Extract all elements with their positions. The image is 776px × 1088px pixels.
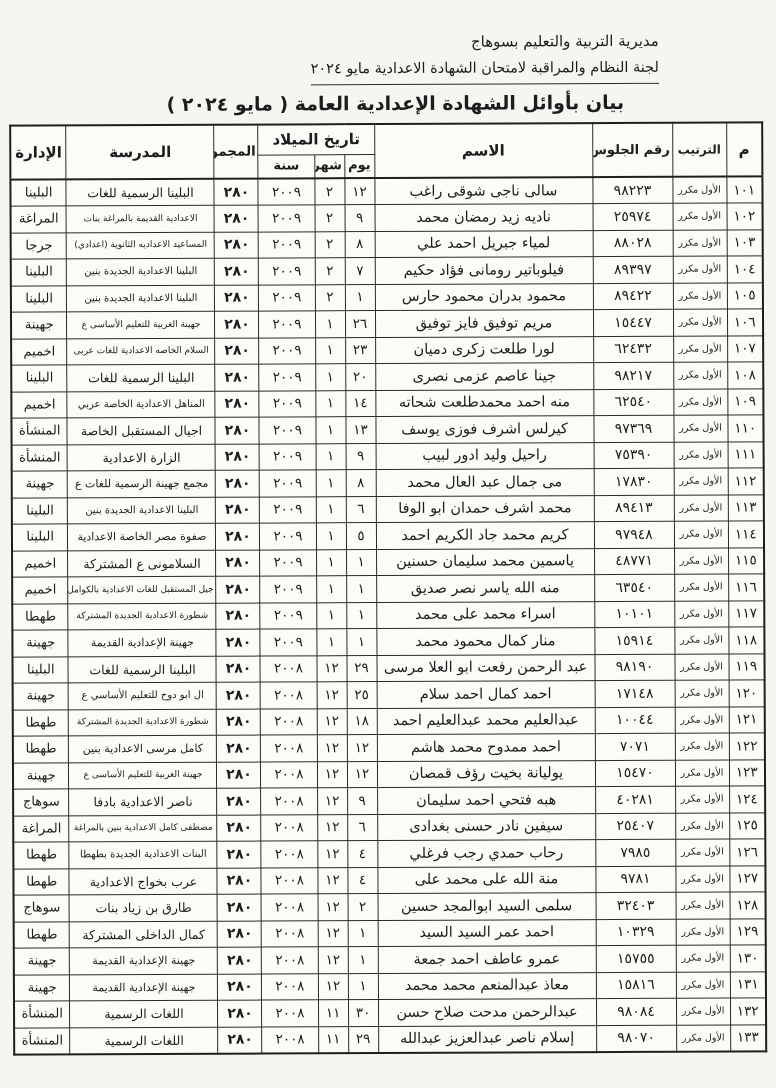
- cell-year: ٢٠٠٨: [262, 894, 318, 921]
- cell-rank: الأول مكرر: [673, 389, 727, 416]
- cell-school: المساعيد الاعداديه الثانوية (اعدادي): [67, 232, 215, 259]
- cell-num: ١١٧: [728, 600, 764, 627]
- table-row: ١٠٧الأول مكرر٦٢٤٣٢لورا طلعت زكرى دميان٢٣…: [11, 336, 763, 366]
- cell-year: ٢٠٠٨: [261, 814, 317, 841]
- cell-num: ١١٩: [728, 653, 764, 680]
- cell-year: ٢٠٠٩: [259, 337, 315, 364]
- cell-year: ٢٠٠٩: [259, 417, 315, 444]
- cell-school: جهينة الغربية للتعليم الأساسى ع: [67, 311, 215, 338]
- cell-school: جهينة الإعدادية القديمة: [70, 947, 218, 974]
- cell-seat: ١٥٨١٦: [596, 972, 676, 999]
- cell-rank: الأول مكرر: [673, 415, 727, 442]
- cell-district: طهطا: [13, 736, 69, 763]
- cell-seat: ٩٧٨١: [595, 866, 675, 893]
- cell-district: المنشأة: [14, 1001, 70, 1028]
- cell-name: لورا طلعت زكرى دميان: [375, 336, 593, 363]
- table-row: ١٠٨الأول مكرر٩٨٢١٧جينا عاصم عزمى نصرى٢٠١…: [11, 362, 763, 392]
- table-row: ١١٨الأول مكرر١٥٩١٤منار كمال محمود محمد١١…: [12, 627, 764, 657]
- cell-seat: ٩٨٠٧٠: [596, 1025, 676, 1052]
- cell-rank: الأول مكرر: [675, 680, 729, 707]
- cell-year: ٢٠٠٩: [260, 549, 316, 576]
- cell-year: ٢٠٠٨: [261, 788, 317, 815]
- cell-district: طهطا: [12, 604, 68, 631]
- table-row: ١١٤الأول مكرر٩٧٩٤٨كريم محمد جاد الكريم ا…: [12, 521, 764, 551]
- cell-rank: الأول مكرر: [676, 972, 730, 999]
- cell-day: ٥: [346, 523, 376, 550]
- cell-num: ١٢٩: [730, 918, 766, 945]
- cell-district: جهينة: [13, 763, 69, 790]
- cell-school: ال ابو دوح للتعليم الأساسي ع: [69, 682, 217, 709]
- cell-day: ١٢: [347, 761, 377, 788]
- table-row: ١٢١الأول مكرر١٠٠٤٤عبدالعليم محمد عبدالعل…: [13, 706, 765, 736]
- cell-district: طهطا: [13, 869, 69, 896]
- cell-year: ٢٠٠٩: [259, 311, 315, 338]
- cell-name: منة الله على محمد على: [377, 866, 595, 893]
- cell-num: ١٠١: [726, 177, 762, 204]
- col-header-name: الاسم: [374, 123, 592, 178]
- cell-seat: ١٥٤٤٧: [593, 309, 673, 336]
- cell-district: البلينا: [11, 365, 67, 392]
- cell-total: ٢٨٠: [216, 656, 260, 683]
- cell-year: ٢٠٠٨: [262, 1026, 318, 1053]
- cell-school: اللغات الرسمية: [70, 1000, 218, 1027]
- document-title: بيان بأوائل الشهادة الإعدادية العامة ( م…: [0, 83, 774, 122]
- cell-month: ١: [316, 576, 346, 603]
- cell-year: ٢٠٠٩: [259, 231, 315, 258]
- cell-day: ٢: [348, 894, 378, 921]
- cell-name: محمد اشرف حمدان ابو الوفا: [376, 495, 594, 522]
- cell-seat: ٧٠٧١: [595, 733, 675, 760]
- cell-day: ١: [348, 920, 378, 947]
- cell-rank: الأول مكرر: [675, 786, 729, 813]
- cell-month: ١٢: [317, 867, 347, 894]
- cell-school: اجيال المستقبل الخاصة: [67, 417, 215, 444]
- cell-district: طهطا: [14, 922, 70, 949]
- cell-school: جهينة الإعدادية القديمة: [68, 629, 216, 656]
- cell-month: ١٢: [317, 761, 347, 788]
- cell-num: ١٢٦: [729, 839, 765, 866]
- cell-num: ١٣١: [730, 971, 766, 998]
- cell-total: ٢٨٠: [215, 232, 259, 259]
- cell-total: ٢٨٠: [217, 841, 261, 868]
- cell-district: المراغة: [13, 816, 69, 843]
- table-row: ١٣٢الأول مكرر٩٨٠٨٤عبدالرحمن مدحت صلاح حس…: [14, 998, 766, 1028]
- cell-district: جهينة: [11, 312, 67, 339]
- cell-month: ١٢: [318, 920, 348, 947]
- col-header-day: يوم: [344, 154, 374, 178]
- committee-name: لجنة النظام والمراقبة لامتحان الشهادة ال…: [311, 55, 659, 85]
- cell-year: ٢٠٠٨: [262, 973, 318, 1000]
- cell-name: اسراء محمد على محمد: [376, 601, 594, 628]
- cell-day: ٩: [345, 205, 375, 232]
- cell-name: محمود بدران محمود حارس: [375, 283, 593, 310]
- cell-district: جهينة: [13, 683, 69, 710]
- cell-rank: الأول مكرر: [673, 362, 727, 389]
- cell-day: ٦: [347, 814, 377, 841]
- cell-month: ١٢: [317, 788, 347, 815]
- cell-num: ١١٣: [728, 495, 764, 522]
- col-header-seat: رقم الجلوس: [592, 123, 672, 177]
- cell-year: ٢٠٠٨: [261, 761, 317, 788]
- table-row: ١٠٣الأول مكرر٨٨٠٢٨لمياء جبريل احمد علي٨٢…: [11, 230, 763, 260]
- cell-num: ١١٤: [728, 521, 764, 548]
- cell-total: ٢٨٠: [218, 1027, 262, 1054]
- cell-day: ٤: [347, 841, 377, 868]
- cell-seat: ٢٥٤٠٧: [595, 813, 675, 840]
- cell-name: احمد عمر السيد السيد: [378, 919, 596, 946]
- cell-seat: ١٠٠٤٤: [595, 707, 675, 734]
- cell-district: جهينة: [14, 948, 70, 975]
- cell-num: ١٢٥: [729, 812, 765, 839]
- cell-month: ١٢: [318, 973, 348, 1000]
- cell-month: ١٢: [317, 682, 347, 709]
- cell-seat: ٨٩٤١٣: [594, 495, 674, 522]
- cell-month: ١: [316, 523, 346, 550]
- cell-month: ٢: [315, 284, 345, 311]
- cell-day: ١٨: [347, 708, 377, 735]
- cell-rank: الأول مكرر: [673, 256, 727, 283]
- cell-school: البلينا الرسمية للغات: [68, 656, 216, 683]
- cell-district: البلينا: [11, 259, 67, 286]
- table-row: ١١٦الأول مكرر٦٣٥٤٠منه الله ياسر نصر صديق…: [12, 574, 764, 604]
- cell-name: سالى ناجى شوقى راغب: [374, 177, 592, 204]
- cell-seat: ٩٨٠٨٤: [596, 998, 676, 1025]
- cell-seat: ٩٨٢٢٣: [592, 177, 672, 204]
- cell-rank: الأول مكرر: [674, 574, 728, 601]
- table-row: ١٠٤الأول مكرر٨٩٣٩٧فيلوباتير رومانى فؤاد …: [11, 256, 763, 286]
- cell-num: ١٠٢: [727, 203, 763, 230]
- cell-year: ٢٠٠٩: [260, 576, 316, 603]
- cell-seat: ١٥٤٧٠: [595, 760, 675, 787]
- cell-seat: ٩٧٩٤٨: [594, 521, 674, 548]
- cell-name: كريم محمد جاد الكريم احمد: [376, 522, 594, 549]
- cell-num: ١٢١: [729, 706, 765, 733]
- cell-seat: ٣٢٤٠٣: [596, 892, 676, 919]
- cell-district: اخميم: [12, 551, 68, 578]
- cell-district: المنشأة: [12, 445, 68, 472]
- cell-year: ٢٠٠٩: [259, 205, 315, 232]
- cell-school: السلام الخاصه الاعدادية للغات عربى: [67, 338, 215, 365]
- cell-rank: الأول مكرر: [675, 707, 729, 734]
- document-header: مديرية التربية والتعليم بسوهاج لجنة النظ…: [0, 0, 774, 87]
- cell-rank: الأول مكرر: [674, 601, 728, 628]
- table-row: ١٢٥الأول مكرر٢٥٤٠٧سيفين نادر حسنى بغدادى…: [13, 812, 765, 842]
- cell-seat: ١٥٧٥٥: [596, 945, 676, 972]
- cell-month: ١: [315, 337, 345, 364]
- cell-total: ٢٨٠: [216, 629, 260, 656]
- cell-school: عرب بخواج الاعدادية: [69, 868, 217, 895]
- cell-seat: ٩٨١٩٠: [594, 654, 674, 681]
- cell-num: ١٢٨: [730, 892, 766, 919]
- cell-school: البنات الاعدادية الجديدة بطهطا: [69, 841, 217, 868]
- cell-month: ١٢: [318, 947, 348, 974]
- col-header-birthdate: تاريخ الميلاد: [258, 124, 374, 155]
- cell-day: ٣٠: [348, 1000, 378, 1027]
- cell-num: ١٢٤: [729, 786, 765, 813]
- cell-district: جهينة: [12, 471, 68, 498]
- cell-month: ٢: [315, 231, 345, 258]
- table-row: ١٠٢الأول مكرر٢٥٩٧٤ناديه زيد رمضان محمد٩٢…: [11, 203, 763, 233]
- cell-district: طهطا: [13, 710, 69, 737]
- cell-month: ١: [315, 364, 345, 391]
- cell-district: طهطا: [13, 842, 69, 869]
- cell-num: ١٠٤: [727, 256, 763, 283]
- table-header: م الترتيب رقم الجلوس الاسم تاريخ الميلاد…: [10, 123, 762, 180]
- cell-month: ١: [316, 602, 346, 629]
- cell-seat: ٦٢٤٣٢: [593, 336, 673, 363]
- table-row: ١١٠الأول مكرر٩٧٣٦٩كيرلس اشرف فوزى يوسف١٣…: [11, 415, 763, 445]
- cell-day: ٢٩: [347, 655, 377, 682]
- cell-year: ٢٠٠٨: [262, 947, 318, 974]
- cell-day: ١: [348, 973, 378, 1000]
- cell-month: ١٢: [317, 841, 347, 868]
- cell-num: ١١٥: [728, 547, 764, 574]
- cell-school: البلينا الرسمية للغات: [67, 364, 215, 391]
- cell-num: ١٠٩: [727, 389, 763, 416]
- cell-year: ٢٠٠٩: [259, 390, 315, 417]
- cell-day: ٩: [347, 788, 377, 815]
- scanned-document-page: مديرية التربية والتعليم بسوهاج لجنة النظ…: [0, 0, 776, 1088]
- cell-total: ٢٨٠: [216, 523, 260, 550]
- table-row: ١٠٥الأول مكرر٨٩٤٢٢محمود بدران محمود حارس…: [11, 283, 763, 313]
- table-row: ١١٢الأول مكرر١٧٨٣٠مى جمال عبد العال محمد…: [12, 468, 764, 498]
- cell-seat: ٤٨٧٧١: [594, 548, 674, 575]
- table-row: ١٢٦الأول مكرر٧٩٨٥رحاب حمدي رجب فرغلي٤١٢٢…: [13, 839, 765, 869]
- table-row: ١١٩الأول مكرر٩٨١٩٠عبد الرحمن رفعت ابو ال…: [12, 653, 764, 683]
- col-header-num: م: [726, 123, 762, 177]
- cell-day: ٨: [345, 231, 375, 258]
- cell-name: راحيل وليد ادور لبيب: [376, 442, 594, 469]
- cell-day: ١: [346, 576, 376, 603]
- col-header-school: المدرسة: [66, 125, 214, 180]
- cell-seat: ٢٥٩٧٤: [593, 203, 673, 230]
- cell-num: ١٠٦: [727, 309, 763, 336]
- cell-day: ٢٩: [348, 1026, 378, 1053]
- cell-num: ١٢٠: [729, 680, 765, 707]
- cell-district: جهينة: [12, 630, 68, 657]
- cell-school: شطورة الاعدادية الجديدة المشتركة: [68, 603, 216, 630]
- cell-district: جرجا: [11, 233, 67, 260]
- col-header-district: الإدارة: [10, 126, 66, 180]
- cell-total: ٢٨٠: [217, 788, 261, 815]
- cell-school: الزارة الاعدادية: [68, 444, 216, 471]
- cell-name: فيلوباتير رومانى فؤاد حكيم: [375, 257, 593, 284]
- cell-num: ١٠٣: [727, 230, 763, 257]
- table-row: ١١٧الأول مكرر١٠١٠١اسراء محمد على محمد١١٢…: [12, 600, 764, 630]
- cell-district: المنشأة: [11, 418, 67, 445]
- cell-rank: الأول مكرر: [675, 733, 729, 760]
- cell-day: ٢٥: [347, 682, 377, 709]
- cell-num: ١٢٢: [729, 733, 765, 760]
- cell-total: ٢٨٠: [217, 815, 261, 842]
- cell-school: ناصر الاعدادية بادفا: [69, 788, 217, 815]
- col-header-rank: الترتيب: [672, 123, 726, 177]
- cell-day: ١٢: [347, 735, 377, 762]
- cell-month: ٢: [315, 258, 345, 285]
- cell-num: ١٠٨: [727, 362, 763, 389]
- cell-rank: الأول مكرر: [675, 813, 729, 840]
- cell-rank: الأول مكرر: [674, 627, 728, 654]
- cell-rank: الأول مكرر: [674, 548, 728, 575]
- cell-num: ١١٢: [728, 468, 764, 495]
- cell-total: ٢٨٠: [216, 470, 260, 497]
- cell-seat: ٨٨٠٢٨: [593, 230, 673, 257]
- cell-year: ٢٠٠٨: [261, 735, 317, 762]
- cell-name: يوليانة بخيت رؤف قمصان: [377, 760, 595, 787]
- cell-school: جيل المستقبل للغات الاعدادية بالكوامل: [68, 576, 216, 603]
- table-row: ١٠٩الأول مكرر٦٢٥٤٠منه احمد محمدطلعت شحات…: [11, 389, 763, 419]
- table-row: ١٠١الأول مكرر٩٨٢٢٣سالى ناجى شوقى راغب١٢٢…: [10, 177, 762, 207]
- cell-rank: الأول مكرر: [676, 945, 730, 972]
- cell-school: طارق بن زياد بنات: [70, 894, 218, 921]
- cell-seat: ٤٠٢٨١: [595, 786, 675, 813]
- cell-total: ٢٨٠: [218, 947, 262, 974]
- cell-month: ١: [315, 417, 345, 444]
- cell-rank: الأول مكرر: [673, 230, 727, 257]
- cell-month: ١٢: [318, 894, 348, 921]
- cell-year: ٢٠٠٩: [260, 523, 316, 550]
- top-students-table: م الترتيب رقم الجلوس الاسم تاريخ الميلاد…: [9, 121, 767, 1055]
- cell-year: ٢٠٠٩: [260, 602, 316, 629]
- cell-day: ٤: [347, 867, 377, 894]
- cell-seat: ٩٧٣٦٩: [593, 415, 673, 442]
- cell-district: المنشأة: [14, 1028, 70, 1055]
- cell-year: ٢٠٠٨: [261, 867, 317, 894]
- cell-day: ١: [348, 947, 378, 974]
- cell-seat: ٦٣٥٤٠: [594, 574, 674, 601]
- cell-day: ١: [346, 602, 376, 629]
- cell-district: اخميم: [12, 577, 68, 604]
- cell-rank: الأول مكرر: [676, 919, 730, 946]
- cell-total: ٢٨٠: [215, 364, 259, 391]
- cell-day: ٧: [345, 258, 375, 285]
- cell-month: ١٢: [317, 655, 347, 682]
- cell-total: ٢٨٠: [217, 709, 261, 736]
- table-row: ١٢٣الأول مكرر١٥٤٧٠يوليانة بخيت رؤف قمصان…: [13, 759, 765, 789]
- cell-seat: ٩٨٢١٧: [593, 362, 673, 389]
- cell-year: ٢٠٠٩: [260, 496, 316, 523]
- cell-num: ١١٨: [728, 627, 764, 654]
- cell-name: منار كمال محمود محمد: [376, 628, 594, 655]
- cell-month: ١١: [318, 1000, 348, 1027]
- cell-num: ١٠٥: [727, 283, 763, 310]
- cell-year: ٢٠٠٨: [261, 841, 317, 868]
- results-table-body: ١٠١الأول مكرر٩٨٢٢٣سالى ناجى شوقى راغب١٢٢…: [10, 177, 766, 1055]
- cell-seat: ٦٢٥٤٠: [593, 389, 673, 416]
- cell-num: ١٠٧: [727, 336, 763, 363]
- cell-day: ٦: [346, 496, 376, 523]
- cell-month: ١١: [318, 1026, 348, 1053]
- cell-day: ٢٦: [345, 311, 375, 338]
- cell-year: ٢٠٠٩: [260, 470, 316, 497]
- cell-district: سوهاج: [13, 789, 69, 816]
- cell-school: مصطفى كامل الاعدادية بنين بالمراغة: [69, 815, 217, 842]
- cell-num: ١٣٠: [730, 945, 766, 972]
- cell-total: ٢٨٠: [218, 1000, 262, 1027]
- cell-rank: الأول مكرر: [673, 283, 727, 310]
- table-row: ١٢٢الأول مكرر٧٠٧١احمد ممدوح محمد هاشم١٢١…: [13, 733, 765, 763]
- cell-rank: الأول مكرر: [674, 495, 728, 522]
- cell-day: ٩: [346, 443, 376, 470]
- cell-district: سوهاج: [14, 895, 70, 922]
- cell-total: ٢٨٠: [215, 338, 259, 365]
- cell-name: رحاب حمدي رجب فرغلي: [377, 840, 595, 867]
- directorate-name: مديرية التربية والتعليم بسوهاج: [0, 29, 659, 57]
- cell-school: جهينة الغربية للتعليم الأساسى ع: [69, 762, 217, 789]
- cell-num: ١٣٣: [730, 1024, 766, 1051]
- cell-year: ٢٠٠٨: [260, 655, 316, 682]
- cell-year: ٢٠٠٩: [259, 364, 315, 391]
- cell-total: ٢٨٠: [217, 735, 261, 762]
- cell-district: البلينا: [12, 524, 68, 551]
- cell-seat: ١٠١٠١: [594, 601, 674, 628]
- cell-rank: الأول مكرر: [676, 892, 730, 919]
- cell-school: كامل مرسى الاعدادية بنين: [69, 735, 217, 762]
- cell-school: صفوة مصر الخاصة الاعدادية: [68, 523, 216, 550]
- table-row: ١٢٤الأول مكرر٤٠٢٨١هبه فتحي احمد سليمان٩١…: [13, 786, 765, 816]
- cell-district: المراغة: [11, 206, 67, 233]
- cell-district: اخميم: [11, 392, 67, 419]
- cell-name: ياسمين محمد سليمان حسنين: [376, 548, 594, 575]
- cell-month: ١: [316, 496, 346, 523]
- cell-rank: الأول مكرر: [672, 177, 726, 204]
- cell-district: البلينا: [12, 657, 68, 684]
- cell-total: ٢٨٠: [218, 894, 262, 921]
- cell-district: البلينا: [11, 286, 67, 313]
- cell-rank: الأول مكرر: [674, 521, 728, 548]
- col-header-year: سنة: [258, 154, 314, 178]
- cell-name: احمد ممدوح محمد هاشم: [377, 734, 595, 761]
- cell-year: ٢٠٠٩: [259, 284, 315, 311]
- cell-seat: ٧٥٣٩٠: [594, 442, 674, 469]
- cell-school: الاعدادية القديمة بالمراغة بنات: [67, 205, 215, 232]
- cell-day: ٢٣: [345, 337, 375, 364]
- table-row: ١٣٠الأول مكرر١٥٧٥٥عمرو عاطف احمد جمعة١١٢…: [14, 945, 766, 975]
- cell-total: ٢٨٠: [218, 921, 262, 948]
- cell-name: عبدالعليم محمد عبدالعليم احمد: [377, 707, 595, 734]
- cell-month: ١٢: [317, 814, 347, 841]
- cell-rank: الأول مكرر: [676, 1025, 730, 1052]
- cell-year: ٢٠٠٩: [260, 629, 316, 656]
- table-row: ١١٥الأول مكرر٤٨٧٧١ياسمين محمد سليمان حسن…: [12, 547, 764, 577]
- cell-month: ٢: [315, 205, 345, 232]
- cell-total: ٢٨٠: [218, 974, 262, 1001]
- cell-total: ٢٨٠: [217, 762, 261, 789]
- cell-day: ٢٠: [345, 364, 375, 391]
- cell-year: ٢٠٠٩: [258, 178, 314, 205]
- cell-seat: ١٧٨٣٠: [594, 468, 674, 495]
- cell-school: مجمع جهينة الرسمية للغات ع: [68, 470, 216, 497]
- cell-school: جهينة الإعدادية القديمة: [70, 974, 218, 1001]
- cell-rank: الأول مكرر: [675, 866, 729, 893]
- cell-rank: الأول مكرر: [673, 203, 727, 230]
- table-row: ١٢٩الأول مكرر١٠٣٢٩احمد عمر السيد السيد١١…: [14, 918, 766, 948]
- cell-total: ٢٨٠: [214, 179, 258, 206]
- cell-month: ١: [315, 390, 345, 417]
- cell-district: اخميم: [11, 339, 67, 366]
- cell-day: ١٤: [345, 390, 375, 417]
- cell-total: ٢٨٠: [216, 497, 260, 524]
- cell-school: شطورة الاعدادية الجديدة المشتركة: [69, 709, 217, 736]
- cell-year: ٢٠٠٩: [260, 443, 316, 470]
- cell-total: ٢٨٠: [215, 391, 259, 418]
- cell-total: ٢٨٠: [216, 444, 260, 471]
- cell-name: مى جمال عبد العال محمد: [376, 469, 594, 496]
- cell-school: كمال الداخلى المشتركة: [70, 921, 218, 948]
- cell-seat: ٧٩٨٥: [595, 839, 675, 866]
- cell-month: ١: [316, 629, 346, 656]
- cell-district: جهينة: [14, 975, 70, 1002]
